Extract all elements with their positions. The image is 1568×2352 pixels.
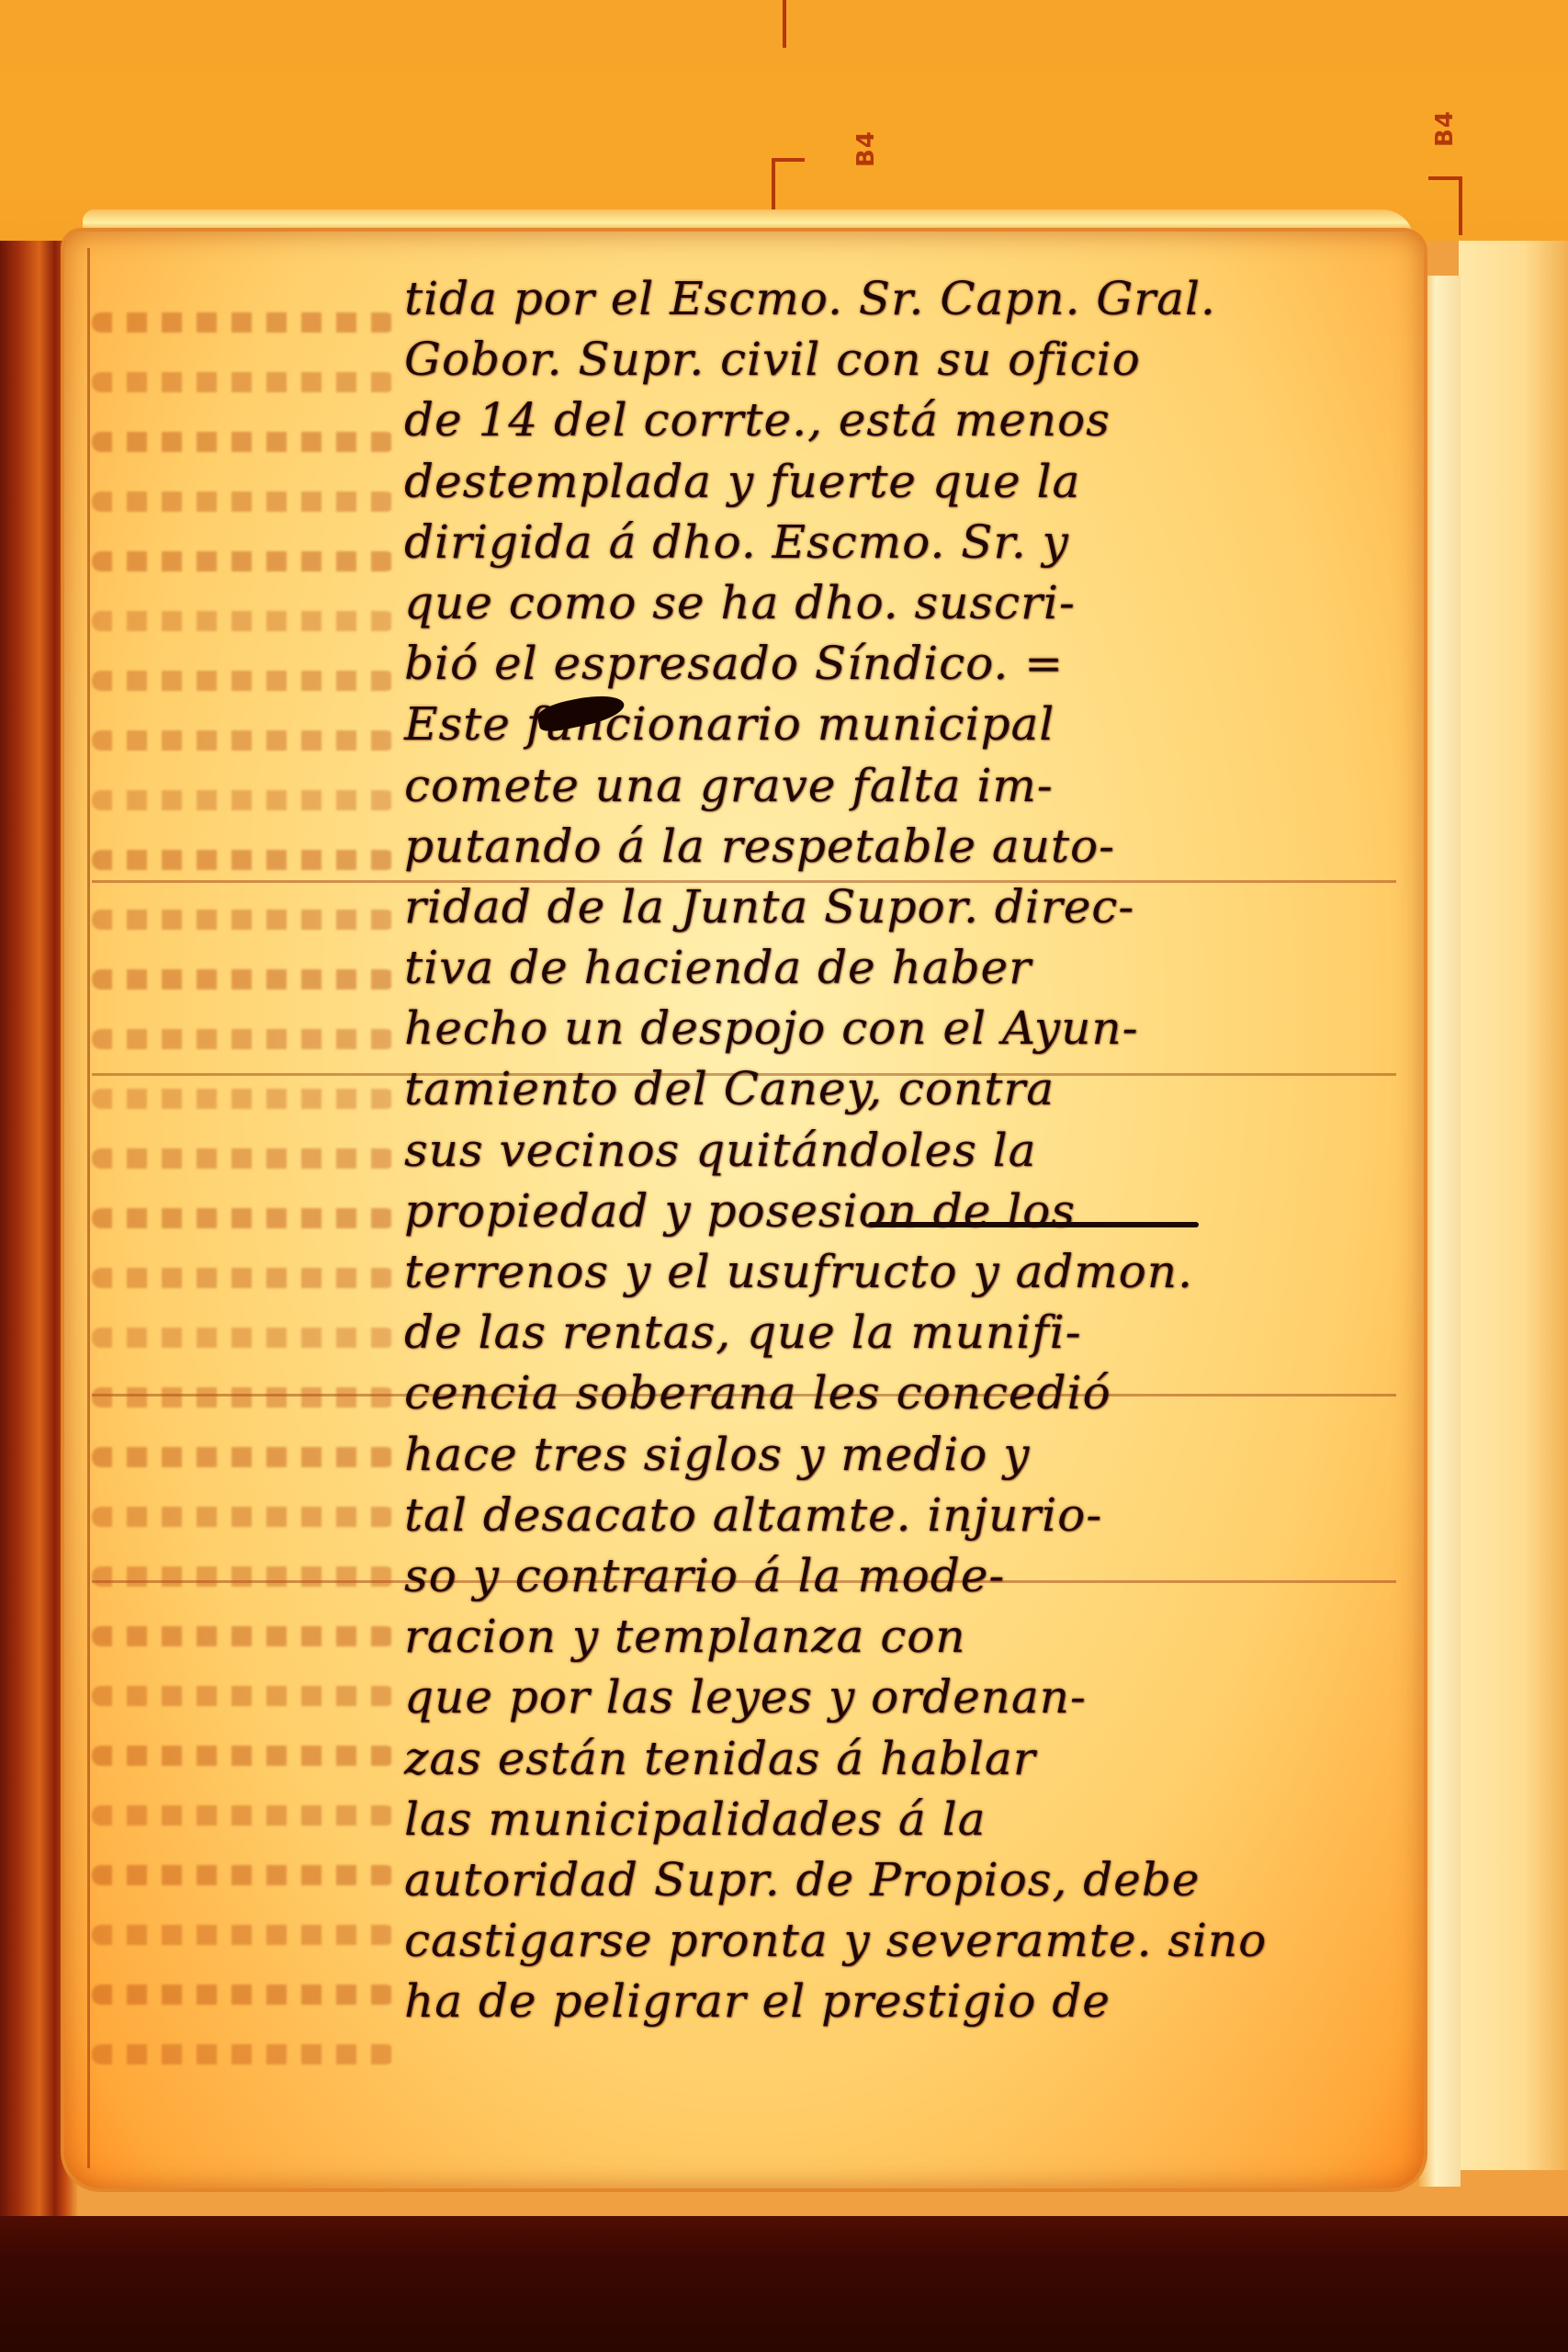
manuscript-line: zas están tenidas á hablar [404, 1728, 1396, 1789]
manuscript-line: que por las leyes y ordenan- [404, 1667, 1396, 1727]
facing-page [1459, 241, 1568, 2170]
manuscript-line: tiva de hacienda de haber [404, 937, 1396, 998]
manuscript-line: tal desacato altamte. injurio- [404, 1485, 1396, 1545]
bleed-through-text [92, 276, 395, 2150]
manuscript-line: castigarse pronta y severamte. sino [404, 1910, 1396, 1971]
manuscript-line: bió el espresado Síndico. = [404, 633, 1396, 694]
manuscript-line: comete una grave falta im- [404, 755, 1396, 816]
manuscript-line: hace tres siglos y medio y [404, 1424, 1396, 1485]
manuscript-line: las municipalidades á la [404, 1789, 1396, 1849]
manuscript-line: de las rentas, que la munifi- [404, 1302, 1396, 1363]
manuscript-line: de 14 del corrte., está menos [404, 390, 1396, 450]
register-bracket-right-horizontal [1428, 176, 1461, 180]
manuscript-line: putando á la respetable auto- [404, 816, 1396, 876]
register-bracket-center-vertical [772, 158, 775, 215]
register-bracket-center-horizontal [772, 158, 805, 162]
manuscript-line: tida por el Escmo. Sr. Capn. Gral. [404, 268, 1396, 329]
manuscript-line: terrenos y el usufructo y admon. [404, 1241, 1396, 1302]
register-bracket-right-vertical [1459, 176, 1462, 235]
underline-quitandoles [868, 1222, 1199, 1227]
manuscript-line: ridad de la Junta Supor. direc- [404, 876, 1396, 937]
table-shadow [0, 2196, 1568, 2352]
register-tick-top [783, 0, 786, 48]
manuscript-line: autoridad Supr. de Propios, debe [404, 1849, 1396, 1910]
manuscript-line: so y contrario á la mode- [404, 1545, 1396, 1606]
register-label-right: B4 [1431, 110, 1459, 147]
register-label-center: B4 [852, 130, 880, 167]
page-gutter [1419, 276, 1461, 2187]
manuscript-line: destemplada y fuerte que la [404, 451, 1396, 512]
manuscript-line: Gobor. Supr. civil con su oficio [404, 329, 1396, 390]
manuscript-line: racion y templanza con [404, 1606, 1396, 1667]
manuscript-line: sus vecinos quitándoles la [404, 1120, 1396, 1181]
handwritten-text: tida por el Escmo. Sr. Capn. Gral. Gobor… [404, 268, 1396, 2031]
manuscript-line: tamiento del Caney, contra [404, 1058, 1396, 1119]
manuscript-line: hecho un despojo con el Ayun- [404, 998, 1396, 1058]
manuscript-line: propiedad y posesion de los [404, 1181, 1396, 1241]
manuscript-line: ha de peligrar el prestigio de [404, 1971, 1396, 2031]
manuscript-line: que como se ha dho. suscri- [404, 572, 1396, 633]
manuscript-line: cencia soberana les concedió [404, 1363, 1396, 1423]
manuscript-line: dirigida á dho. Escmo. Sr. y [404, 512, 1396, 572]
margin-rule [87, 248, 90, 2168]
